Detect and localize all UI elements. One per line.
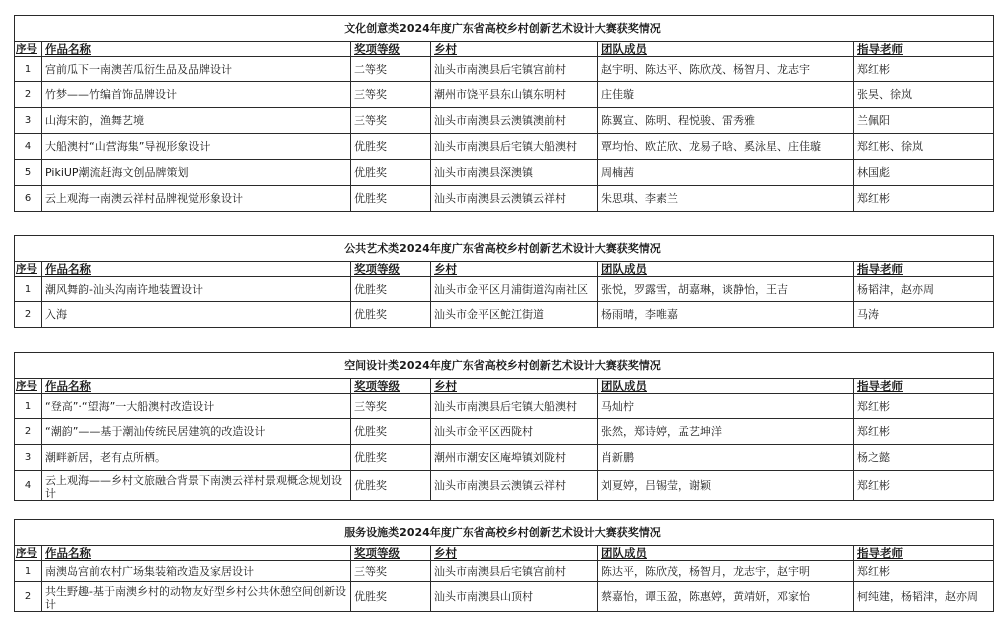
cell-num: 1: [15, 394, 42, 419]
table-row: 1 南澳岛宫前农村广场集装箱改造及家居设计 三等奖 汕头市南澳县后宅镇宫前村 陈…: [15, 561, 994, 582]
column-header-name: 作品名称: [42, 379, 351, 394]
award-table-space-design: 空间设计类2024年度广东省高校乡村创新艺术设计大赛获奖情况 序号 作品名称 奖…: [14, 352, 994, 501]
cell-teacher: 郑红彬、徐岚: [854, 134, 994, 160]
cell-level: 优胜奖: [351, 419, 431, 445]
cell-village: 汕头市南澳县深澳镇: [431, 160, 598, 186]
award-table-service-facilities: 服务设施类2024年度广东省高校乡村创新艺术设计大赛获奖情况 序号 作品名称 奖…: [14, 519, 994, 612]
column-header-name: 作品名称: [42, 546, 351, 561]
cell-teacher: 郑红彬: [854, 57, 994, 82]
cell-num: 2: [15, 82, 42, 108]
column-header-num: 序号: [15, 379, 42, 394]
cell-num: 4: [15, 134, 42, 160]
column-header-num: 序号: [15, 42, 42, 57]
cell-teacher: 郑红彬: [854, 186, 994, 212]
column-header-teacher: 指导老师: [854, 379, 994, 394]
column-header-village: 乡村: [431, 42, 598, 57]
cell-team: 马灿柠: [598, 394, 854, 419]
column-header-teacher: 指导老师: [854, 42, 994, 57]
cell-teacher: 张昊、徐岚: [854, 82, 994, 108]
cell-village: 汕头市金平区西陇村: [431, 419, 598, 445]
cell-team: 陈达平，陈欣茂，杨智月，龙志宇，赵宇明: [598, 561, 854, 582]
column-header-team: 团队成员: [598, 546, 854, 561]
cell-num: 2: [15, 582, 42, 612]
cell-team: 赵宇明、陈达平、陈欣茂、杨智月、龙志宇: [598, 57, 854, 82]
cell-level: 三等奖: [351, 108, 431, 134]
table-row: 6 云上观海一南澳云祥村品牌视觉形象设计 优胜奖 汕头市南澳县云澳镇云祥村 朱思…: [15, 186, 994, 212]
cell-teacher: 郑红彬: [854, 561, 994, 582]
table-row: 3 山海宋韵，渔舞艺境 三等奖 汕头市南澳县云澳镇澳前村 陈翼宣、陈明、程悦骏、…: [15, 108, 994, 134]
cell-name: 山海宋韵，渔舞艺境: [42, 108, 351, 134]
header-row: 序号 作品名称 奖项等级 乡村 团队成员 指导老师: [15, 379, 994, 394]
column-header-num: 序号: [15, 546, 42, 561]
award-table-public-art: 公共艺术类2024年度广东省高校乡村创新艺术设计大赛获奖情况 序号 作品名称 奖…: [14, 235, 994, 328]
cell-num: 5: [15, 160, 42, 186]
cell-name: 云上观海——乡村文旅融合背景下南澳云祥村景观概念规划设计: [42, 471, 351, 501]
cell-village: 汕头市南澳县云澳镇澳前村: [431, 108, 598, 134]
cell-village: 汕头市南澳县云澳镇云祥村: [431, 471, 598, 501]
cell-village: 汕头市南澳县云澳镇云祥村: [431, 186, 598, 212]
table-row: 4 云上观海——乡村文旅融合背景下南澳云祥村景观概念规划设计 优胜奖 汕头市南澳…: [15, 471, 994, 501]
header-row: 序号 作品名称 奖项等级 乡村 团队成员 指导老师: [15, 42, 994, 57]
column-header-village: 乡村: [431, 379, 598, 394]
cell-village: 潮州市饶平县东山镇东明村: [431, 82, 598, 108]
table-row: 3 潮畔新居，老有点所栖。 优胜奖 潮州市潮安区庵埠镇刘陇村 肖新鹏 杨之懿: [15, 445, 994, 471]
column-header-team: 团队成员: [598, 42, 854, 57]
table-row: 1 宫前瓜下一南澳苦瓜衍生品及品牌设计 二等奖 汕头市南澳县后宅镇宫前村 赵宇明…: [15, 57, 994, 82]
cell-level: 二等奖: [351, 57, 431, 82]
cell-teacher: 杨韬津，赵亦周: [854, 277, 994, 302]
header-row: 序号 作品名称 奖项等级 乡村 团队成员 指导老师: [15, 262, 994, 277]
cell-team: 肖新鹏: [598, 445, 854, 471]
table-row: 1 潮风舞韵-汕头沟南许地装置设计 优胜奖 汕头市金平区月浦街道沟南社区 张悦，…: [15, 277, 994, 302]
column-header-level: 奖项等级: [351, 546, 431, 561]
cell-name: 宫前瓜下一南澳苦瓜衍生品及品牌设计: [42, 57, 351, 82]
table-row: 2 入海 优胜奖 汕头市金平区鮀江街道 杨雨晴，李唯嘉 马涛: [15, 302, 994, 328]
cell-name: 南澳岛宫前农村广场集装箱改造及家居设计: [42, 561, 351, 582]
cell-team: 朱思琪、李素兰: [598, 186, 854, 212]
cell-level: 优胜奖: [351, 134, 431, 160]
award-table-cultural-creative: 文化创意类2024年度广东省高校乡村创新艺术设计大赛获奖情况 序号 作品名称 奖…: [14, 15, 994, 212]
column-header-team: 团队成员: [598, 262, 854, 277]
cell-teacher: 郑红彬: [854, 394, 994, 419]
column-header-name: 作品名称: [42, 42, 351, 57]
column-header-team: 团队成员: [598, 379, 854, 394]
cell-village: 汕头市南澳县山顶村: [431, 582, 598, 612]
cell-village: 汕头市南澳县后宅镇宫前村: [431, 561, 598, 582]
cell-name: 大船澳村“山营海集”导视形象设计: [42, 134, 351, 160]
cell-village: 汕头市南澳县后宅镇大船澳村: [431, 394, 598, 419]
cell-village: 潮州市潮安区庵埠镇刘陇村: [431, 445, 598, 471]
table-row: 1 “登高”·“望海”一大船澳村改造设计 三等奖 汕头市南澳县后宅镇大船澳村 马…: [15, 394, 994, 419]
cell-num: 1: [15, 57, 42, 82]
cell-level: 三等奖: [351, 561, 431, 582]
cell-teacher: 兰佩阳: [854, 108, 994, 134]
cell-team: 陈翼宣、陈明、程悦骏、雷秀雅: [598, 108, 854, 134]
table-title: 服务设施类2024年度广东省高校乡村创新艺术设计大赛获奖情况: [15, 520, 994, 546]
column-header-level: 奖项等级: [351, 42, 431, 57]
table-title: 空间设计类2024年度广东省高校乡村创新艺术设计大赛获奖情况: [15, 353, 994, 379]
column-header-teacher: 指导老师: [854, 262, 994, 277]
cell-name: PikiUP潮流赶海文创品牌策划: [42, 160, 351, 186]
cell-team: 张悦，罗露雪，胡嘉琳，谈静怡，王吉: [598, 277, 854, 302]
cell-team: 刘夏婷，吕锡莹，谢颖: [598, 471, 854, 501]
cell-num: 3: [15, 108, 42, 134]
table-title: 公共艺术类2024年度广东省高校乡村创新艺术设计大赛获奖情况: [15, 236, 994, 262]
cell-teacher: 郑红彬: [854, 419, 994, 445]
cell-team: 覃均怡、欧芷欣、龙易子晗、奚泳星、庄佳璇: [598, 134, 854, 160]
cell-village: 汕头市金平区月浦街道沟南社区: [431, 277, 598, 302]
cell-name: 潮风舞韵-汕头沟南许地装置设计: [42, 277, 351, 302]
column-header-num: 序号: [15, 262, 42, 277]
column-header-village: 乡村: [431, 546, 598, 561]
cell-level: 三等奖: [351, 394, 431, 419]
cell-team: 杨雨晴，李唯嘉: [598, 302, 854, 328]
cell-teacher: 林国彪: [854, 160, 994, 186]
cell-level: 三等奖: [351, 82, 431, 108]
cell-village: 汕头市南澳县后宅镇大船澳村: [431, 134, 598, 160]
cell-level: 优胜奖: [351, 160, 431, 186]
cell-name: 潮畔新居，老有点所栖。: [42, 445, 351, 471]
cell-num: 6: [15, 186, 42, 212]
cell-level: 优胜奖: [351, 471, 431, 501]
cell-name: 竹梦——竹编首饰品牌设计: [42, 82, 351, 108]
column-header-level: 奖项等级: [351, 379, 431, 394]
column-header-village: 乡村: [431, 262, 598, 277]
cell-teacher: 杨之懿: [854, 445, 994, 471]
cell-name: 入海: [42, 302, 351, 328]
column-header-name: 作品名称: [42, 262, 351, 277]
cell-team: 周楠茜: [598, 160, 854, 186]
cell-num: 2: [15, 419, 42, 445]
cell-team: 蔡嘉怡，谭玉盈，陈惠婷，黄靖妍，邓家怡: [598, 582, 854, 612]
cell-name: 共生野趣-基于南澳乡村的动物友好型乡村公共休憩空间创新设计: [42, 582, 351, 612]
cell-level: 优胜奖: [351, 277, 431, 302]
cell-num: 2: [15, 302, 42, 328]
cell-team: 张然，郑诗婷，孟艺坤洋: [598, 419, 854, 445]
cell-teacher: 郑红彬: [854, 471, 994, 501]
cell-name: 云上观海一南澳云祥村品牌视觉形象设计: [42, 186, 351, 212]
cell-teacher: 柯纯建，杨韬津，赵亦周: [854, 582, 994, 612]
column-header-teacher: 指导老师: [854, 546, 994, 561]
table-title: 文化创意类2024年度广东省高校乡村创新艺术设计大赛获奖情况: [15, 16, 994, 42]
header-row: 序号 作品名称 奖项等级 乡村 团队成员 指导老师: [15, 546, 994, 561]
cell-num: 1: [15, 277, 42, 302]
cell-level: 优胜奖: [351, 445, 431, 471]
cell-level: 优胜奖: [351, 302, 431, 328]
cell-teacher: 马涛: [854, 302, 994, 328]
table-row: 2 竹梦——竹编首饰品牌设计 三等奖 潮州市饶平县东山镇东明村 庄佳璇 张昊、徐…: [15, 82, 994, 108]
cell-num: 4: [15, 471, 42, 501]
table-row: 5 PikiUP潮流赶海文创品牌策划 优胜奖 汕头市南澳县深澳镇 周楠茜 林国彪: [15, 160, 994, 186]
table-row: 4 大船澳村“山营海集”导视形象设计 优胜奖 汕头市南澳县后宅镇大船澳村 覃均怡…: [15, 134, 994, 160]
cell-name: “潮韵”——基于潮汕传统民居建筑的改造设计: [42, 419, 351, 445]
table-row: 2 “潮韵”——基于潮汕传统民居建筑的改造设计 优胜奖 汕头市金平区西陇村 张然…: [15, 419, 994, 445]
cell-num: 3: [15, 445, 42, 471]
cell-level: 优胜奖: [351, 582, 431, 612]
column-header-level: 奖项等级: [351, 262, 431, 277]
cell-level: 优胜奖: [351, 186, 431, 212]
cell-name: “登高”·“望海”一大船澳村改造设计: [42, 394, 351, 419]
table-row: 2 共生野趣-基于南澳乡村的动物友好型乡村公共休憩空间创新设计 优胜奖 汕头市南…: [15, 582, 994, 612]
cell-village: 汕头市金平区鮀江街道: [431, 302, 598, 328]
cell-team: 庄佳璇: [598, 82, 854, 108]
cell-village: 汕头市南澳县后宅镇宫前村: [431, 57, 598, 82]
cell-num: 1: [15, 561, 42, 582]
